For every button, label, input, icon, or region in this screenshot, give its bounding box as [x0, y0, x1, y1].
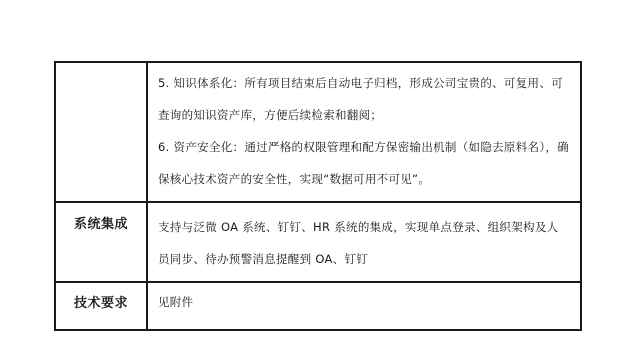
row-label-system-integration: 系统集成 [55, 202, 147, 282]
row-content-features: 5. 知识体系化：所有项目结束后自动电子归档，形成公司宝贵的、可复用、可查询的知… [147, 62, 581, 202]
paragraph-integration-details: 支持与泛微 OA 系统、钉钉、HR 系统的集成，实现单点登录、组织架构及人员同步… [158, 211, 570, 275]
row-content-technical-requirements: 见附件 [147, 282, 581, 330]
row-label-empty [55, 62, 147, 202]
paragraph-knowledge-systematization: 5. 知识体系化：所有项目结束后自动电子归档，形成公司宝贵的、可复用、可查询的知… [158, 67, 570, 131]
row-label-technical-requirements: 技术要求 [55, 282, 147, 330]
table-row-system-integration: 系统集成 支持与泛微 OA 系统、钉钉、HR 系统的集成，实现单点登录、组织架构… [55, 202, 581, 282]
paragraph-asset-security: 6. 资产安全化：通过严格的权限管理和配方保密输出机制（如隐去原料名），确保核心… [158, 131, 570, 195]
paragraph-see-attachment: 见附件 [158, 293, 570, 311]
row-content-system-integration: 支持与泛微 OA 系统、钉钉、HR 系统的集成，实现单点登录、组织架构及人员同步… [147, 202, 581, 282]
table-row-features: 5. 知识体系化：所有项目结束后自动电子归档，形成公司宝贵的、可复用、可查询的知… [55, 62, 581, 202]
requirements-table: 5. 知识体系化：所有项目结束后自动电子归档，形成公司宝贵的、可复用、可查询的知… [54, 61, 582, 331]
table-row-technical-requirements: 技术要求 见附件 [55, 282, 581, 330]
